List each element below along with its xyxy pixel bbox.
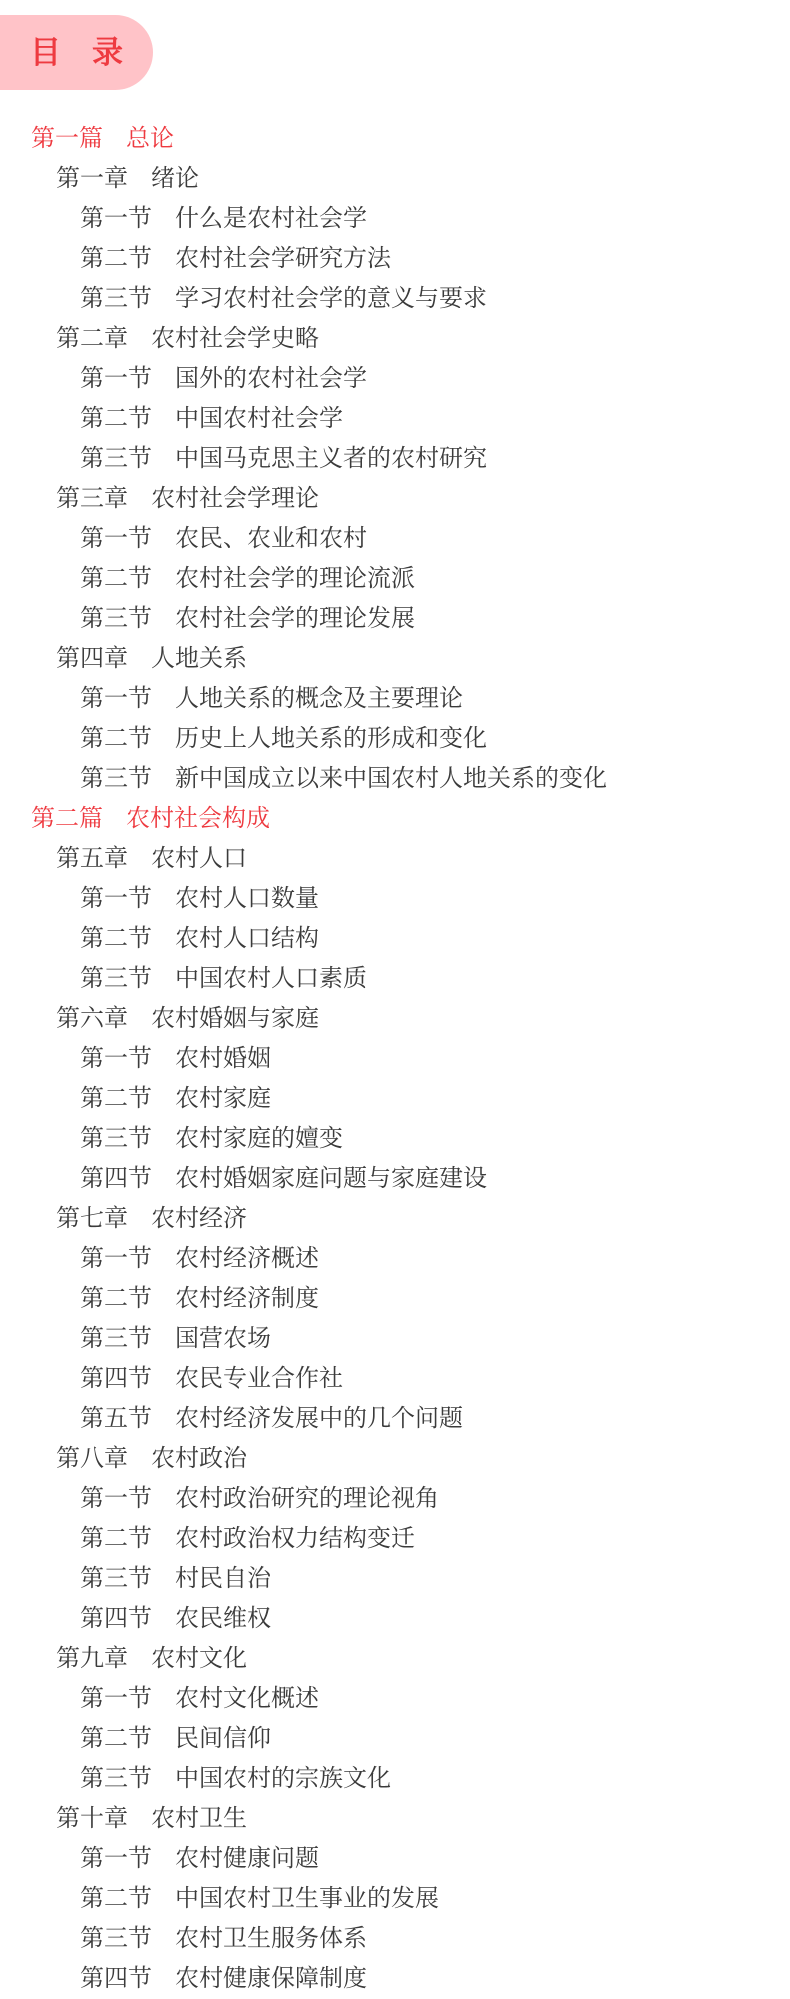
entry-number: 第十章 [56, 1805, 128, 1832]
entry-title: 人地关系 [151, 645, 247, 672]
entry-number: 第一节 [80, 1245, 152, 1272]
entry-title: 农村社会学的理论发展 [175, 605, 415, 632]
toc-entry-section: 第二节农村社会学研究方法 [0, 239, 790, 279]
toc-page: 目 录 第一篇总论第一章绪论第一节什么是农村社会学第二节农村社会学研究方法第三节… [0, 0, 790, 1999]
entry-title: 中国农村人口素质 [175, 965, 367, 992]
entry-number: 第三节 [80, 1565, 152, 1592]
entry-number: 第一节 [80, 1845, 152, 1872]
entry-number: 第三节 [80, 445, 152, 472]
entry-number: 第一节 [80, 525, 152, 552]
toc-entry-section: 第一节农村健康问题 [0, 1839, 790, 1879]
entry-title: 农村家庭的嬗变 [175, 1125, 343, 1152]
entry-number: 第六章 [56, 1005, 128, 1032]
toc-entry-section: 第三节学习农村社会学的意义与要求 [0, 279, 790, 319]
toc-entry-section: 第一节农村人口数量 [0, 879, 790, 919]
toc-entry-chapter: 第十章农村卫生 [0, 1799, 790, 1839]
toc-entry-section: 第三节村民自治 [0, 1559, 790, 1599]
entry-title: 农民维权 [175, 1605, 271, 1632]
entry-title: 农村人口结构 [175, 925, 319, 952]
toc-entry-section: 第三节新中国成立以来中国农村人地关系的变化 [0, 759, 790, 799]
toc-entry-chapter: 第五章农村人口 [0, 839, 790, 879]
entry-title: 农村人口数量 [175, 885, 319, 912]
entry-number: 第一节 [80, 685, 152, 712]
entry-title: 农村社会学史略 [151, 325, 319, 352]
toc-entry-part: 第一篇总论 [0, 119, 790, 159]
entry-title: 农民、农业和农村 [175, 525, 367, 552]
toc-entry-section: 第一节农村文化概述 [0, 1679, 790, 1719]
toc-entry-part: 第二篇农村社会构成 [0, 799, 790, 839]
toc-entry-section: 第五节农村经济发展中的几个问题 [0, 1399, 790, 1439]
entry-number: 第三章 [56, 485, 128, 512]
entry-number: 第一节 [80, 1685, 152, 1712]
entry-title: 中国马克思主义者的农村研究 [175, 445, 487, 472]
entry-number: 第三节 [80, 605, 152, 632]
entry-title: 农村卫生服务体系 [175, 1925, 367, 1952]
toc-entry-section: 第三节国营农场 [0, 1319, 790, 1359]
entry-title: 农村婚姻家庭问题与家庭建设 [175, 1165, 487, 1192]
entry-title: 新中国成立以来中国农村人地关系的变化 [175, 765, 607, 792]
entry-number: 第一节 [80, 365, 152, 392]
entry-number: 第七章 [56, 1205, 128, 1232]
toc-entry-section: 第二节农村经济制度 [0, 1279, 790, 1319]
toc-entry-chapter: 第六章农村婚姻与家庭 [0, 999, 790, 1039]
entry-number: 第九章 [56, 1645, 128, 1672]
entry-title: 学习农村社会学的意义与要求 [175, 285, 487, 312]
toc-entry-chapter: 第七章农村经济 [0, 1199, 790, 1239]
toc-entry-section: 第三节农村卫生服务体系 [0, 1919, 790, 1959]
toc-entry-chapter: 第四章人地关系 [0, 639, 790, 679]
entry-title: 农村社会学理论 [151, 485, 319, 512]
entry-title: 农村政治研究的理论视角 [175, 1485, 439, 1512]
entry-title: 农村社会学的理论流派 [175, 565, 415, 592]
toc-entry-section: 第四节农村婚姻家庭问题与家庭建设 [0, 1159, 790, 1199]
entry-title: 农村经济 [151, 1205, 247, 1232]
entry-title: 农村卫生 [151, 1805, 247, 1832]
entry-title: 农村经济制度 [175, 1285, 319, 1312]
toc-entry-section: 第四节农村健康保障制度 [0, 1959, 790, 1999]
toc-entry-section: 第一节国外的农村社会学 [0, 359, 790, 399]
entry-title: 民间信仰 [175, 1725, 271, 1752]
toc-entry-section: 第二节中国农村卫生事业的发展 [0, 1879, 790, 1919]
toc-entry-section: 第一节农村婚姻 [0, 1039, 790, 1079]
toc-entry-section: 第四节农民专业合作社 [0, 1359, 790, 1399]
entry-title: 总论 [126, 125, 174, 152]
entry-title: 农村人口 [151, 845, 247, 872]
toc-entry-section: 第二节农村人口结构 [0, 919, 790, 959]
toc-entry-chapter: 第一章绪论 [0, 159, 790, 199]
entry-title: 人地关系的概念及主要理论 [175, 685, 463, 712]
toc-entry-section: 第二节民间信仰 [0, 1719, 790, 1759]
entry-number: 第二节 [80, 1725, 152, 1752]
entry-title: 什么是农村社会学 [175, 205, 367, 232]
entry-number: 第四节 [80, 1365, 152, 1392]
entry-title: 农村经济发展中的几个问题 [175, 1405, 463, 1432]
entry-title: 国营农场 [175, 1325, 271, 1352]
toc-entry-section: 第一节农村政治研究的理论视角 [0, 1479, 790, 1519]
entry-title: 农村社会构成 [126, 805, 270, 832]
entry-number: 第三节 [80, 765, 152, 792]
entry-number: 第三节 [80, 1925, 152, 1952]
toc-entry-chapter: 第二章农村社会学史略 [0, 319, 790, 359]
entry-number: 第八章 [56, 1445, 128, 1472]
entry-title: 农村婚姻与家庭 [151, 1005, 319, 1032]
entry-title: 农村文化概述 [175, 1685, 319, 1712]
toc-entry-section: 第二节历史上人地关系的形成和变化 [0, 719, 790, 759]
entry-number: 第一节 [80, 1485, 152, 1512]
toc-list: 第一篇总论第一章绪论第一节什么是农村社会学第二节农村社会学研究方法第三节学习农村… [0, 119, 790, 1999]
entry-title: 农村健康问题 [175, 1845, 319, 1872]
entry-title: 农村文化 [151, 1645, 247, 1672]
entry-number: 第二篇 [31, 805, 103, 832]
toc-entry-chapter: 第九章农村文化 [0, 1639, 790, 1679]
toc-entry-section: 第三节中国马克思主义者的农村研究 [0, 439, 790, 479]
entry-number: 第一篇 [31, 125, 103, 152]
entry-number: 第二章 [56, 325, 128, 352]
entry-number: 第二节 [80, 245, 152, 272]
entry-number: 第三节 [80, 965, 152, 992]
entry-title: 中国农村的宗族文化 [175, 1765, 391, 1792]
entry-title: 绪论 [151, 165, 199, 192]
entry-title: 中国农村社会学 [175, 405, 343, 432]
entry-number: 第二节 [80, 925, 152, 952]
entry-title: 农村经济概述 [175, 1245, 319, 1272]
toc-entry-chapter: 第三章农村社会学理论 [0, 479, 790, 519]
entry-number: 第二节 [80, 1085, 152, 1112]
entry-title: 农村政治 [151, 1445, 247, 1472]
entry-title: 农民专业合作社 [175, 1365, 343, 1392]
entry-number: 第五节 [80, 1405, 152, 1432]
toc-entry-section: 第三节中国农村的宗族文化 [0, 1759, 790, 1799]
toc-title-pill: 目 录 [0, 15, 153, 90]
entry-number: 第四节 [80, 1165, 152, 1192]
entry-title: 中国农村卫生事业的发展 [175, 1885, 439, 1912]
entry-number: 第三节 [80, 1325, 152, 1352]
entry-number: 第四节 [80, 1965, 152, 1992]
entry-number: 第三节 [80, 1765, 152, 1792]
entry-title: 农村婚姻 [175, 1045, 271, 1072]
entry-number: 第二节 [80, 405, 152, 432]
entry-title: 村民自治 [175, 1565, 271, 1592]
entry-title: 历史上人地关系的形成和变化 [175, 725, 487, 752]
toc-entry-section: 第二节农村政治权力结构变迁 [0, 1519, 790, 1559]
entry-number: 第一章 [56, 165, 128, 192]
entry-number: 第二节 [80, 1525, 152, 1552]
entry-number: 第四章 [56, 645, 128, 672]
entry-title: 农村社会学研究方法 [175, 245, 391, 272]
entry-number: 第一节 [80, 205, 152, 232]
toc-entry-section: 第二节农村社会学的理论流派 [0, 559, 790, 599]
toc-entry-section: 第二节农村家庭 [0, 1079, 790, 1119]
entry-number: 第三节 [80, 285, 152, 312]
entry-number: 第一节 [80, 1045, 152, 1072]
toc-entry-section: 第一节什么是农村社会学 [0, 199, 790, 239]
entry-number: 第一节 [80, 885, 152, 912]
entry-title: 农村家庭 [175, 1085, 271, 1112]
entry-title: 国外的农村社会学 [175, 365, 367, 392]
entry-number: 第二节 [80, 725, 152, 752]
toc-entry-section: 第二节中国农村社会学 [0, 399, 790, 439]
entry-number: 第三节 [80, 1125, 152, 1152]
toc-entry-section: 第四节农民维权 [0, 1599, 790, 1639]
toc-entry-section: 第一节农民、农业和农村 [0, 519, 790, 559]
toc-entry-section: 第一节人地关系的概念及主要理论 [0, 679, 790, 719]
toc-entry-chapter: 第八章农村政治 [0, 1439, 790, 1479]
toc-entry-section: 第三节农村家庭的嬗变 [0, 1119, 790, 1159]
entry-number: 第二节 [80, 1285, 152, 1312]
toc-entry-section: 第三节农村社会学的理论发展 [0, 599, 790, 639]
entry-number: 第二节 [80, 565, 152, 592]
entry-title: 农村健康保障制度 [175, 1965, 367, 1992]
entry-number: 第二节 [80, 1885, 152, 1912]
page-title: 目 录 [30, 37, 123, 68]
entry-title: 农村政治权力结构变迁 [175, 1525, 415, 1552]
entry-number: 第五章 [56, 845, 128, 872]
toc-entry-section: 第三节中国农村人口素质 [0, 959, 790, 999]
entry-number: 第四节 [80, 1605, 152, 1632]
toc-entry-section: 第一节农村经济概述 [0, 1239, 790, 1279]
